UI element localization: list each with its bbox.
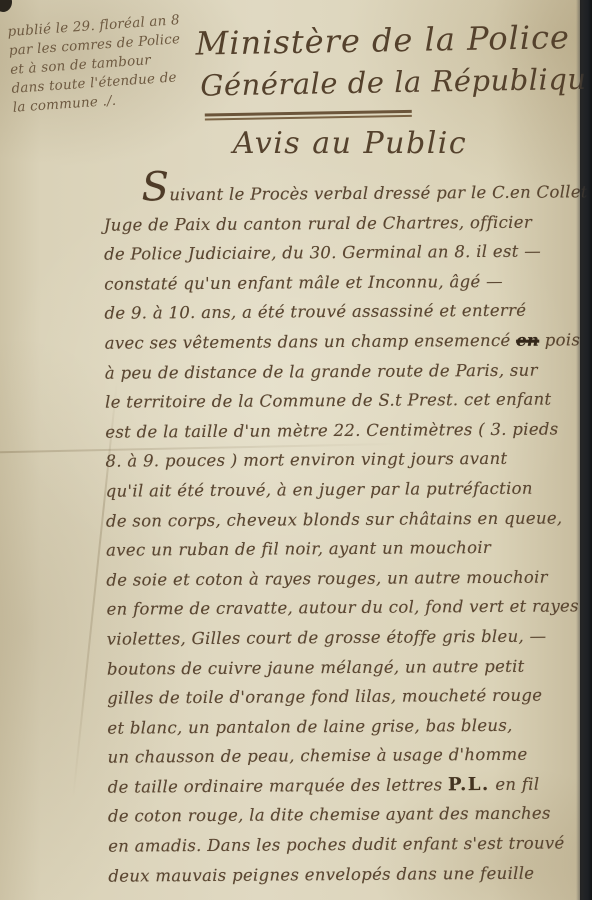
text-segment: en fil — [490, 775, 540, 794]
text-segment: constaté qu'un enfant mâle et Inconnu, â… — [104, 272, 503, 294]
text-segment: de Police Judiciaire, du 30. Germinal an… — [104, 242, 541, 264]
manuscript-line: deux mauvais peignes envelopés dans une … — [108, 858, 580, 891]
manuscript-line: à peu de distance de la grande route de … — [105, 355, 577, 388]
manuscript-line: en forme de cravatte, autour du col, fon… — [106, 592, 578, 625]
manuscript-line: de taille ordinaire marquée des lettres … — [108, 769, 580, 802]
text-segment: avec un ruban de fil noir, ayant un mouc… — [106, 538, 491, 560]
photo-background-edge — [576, 0, 592, 900]
manuscript-line: de son corps, cheveux blonds sur châtain… — [106, 503, 578, 536]
body-text: Suivant le Procès verbal dressé par le C… — [104, 174, 581, 891]
corner-stain — [0, 0, 12, 12]
manuscript-line: Juge de Paix du canton rural de Chartres… — [104, 207, 576, 240]
text-segment: deux mauvais peignes envelopés dans une … — [108, 863, 534, 885]
text-segment: et blanc, un pantalon de laine grise, ba… — [107, 716, 512, 738]
text-segment: de 9. à 10. ans, a été trouvé assassiné … — [104, 301, 526, 323]
text-segment: un chausson de peau, chemise à usage d'h… — [107, 745, 527, 767]
manuscript-line: gilles de toile d'orange fond lilas, mou… — [107, 680, 579, 713]
text-segment: en forme de cravatte, autour du col, fon… — [106, 597, 578, 619]
manuscript-line: le territoire de la Commune de S.t Prest… — [105, 385, 577, 418]
document-title: Avis au Public — [180, 126, 520, 161]
text-segment: Suivant le Procès verbal dressé par le C… — [142, 182, 588, 204]
text-segment: Juge de Paix du canton rural de Chartres… — [104, 212, 532, 234]
margin-annotation: publié le 29. floréal an 8par les comres… — [7, 9, 213, 118]
text-segment: 8. à 9. pouces ) mort environ vingt jour… — [105, 449, 507, 471]
text-segment: qu'il ait été trouvé, à en juger par la … — [106, 479, 533, 501]
manuscript-line: de 9. à 10. ans, a été trouvé assassiné … — [104, 296, 576, 329]
manuscript-line: et blanc, un pantalon de laine grise, ba… — [107, 710, 579, 743]
marked-initials: P.L. — [448, 774, 490, 795]
manuscript-line: de coton rouge, la dite chemise ayant de… — [108, 799, 580, 832]
text-segment: de coton rouge, la dite chemise ayant de… — [108, 804, 551, 826]
manuscript-line: avec ses vêtements dans un champ ensemen… — [105, 325, 577, 358]
manuscript-line: constaté qu'un enfant mâle et Inconnu, â… — [104, 266, 576, 299]
ministry-header: Ministère de la Police Générale de la Ré… — [195, 14, 592, 120]
text-segment: est de la taille d'un mètre 22. Centimèt… — [105, 419, 558, 441]
header-underline — [205, 110, 412, 121]
manuscript-line: Suivant le Procès verbal dressé par le C… — [104, 174, 576, 210]
text-segment: gilles de toile d'orange fond lilas, mou… — [107, 686, 542, 708]
ministry-header-line2: Générale de la République. — [200, 58, 592, 105]
manuscript-line: de soie et coton à rayes rouges, un autr… — [106, 562, 578, 595]
ministry-header-line1: Ministère de la Police — [195, 14, 592, 65]
text-segment: pois — [539, 330, 580, 349]
text-segment: violettes, Gilles court de grosse étoffe… — [107, 626, 547, 648]
manuscript-line: boutons de cuivre jaune mélangé, un autr… — [107, 651, 579, 684]
manuscript-line: avec un ruban de fil noir, ayant un mouc… — [106, 532, 578, 565]
manuscript-line: de Police Judiciaire, du 30. Germinal an… — [104, 237, 576, 270]
text-segment: de taille ordinaire marquée des lettres — [108, 775, 448, 796]
text-segment: en amadis. Dans les poches dudit enfant … — [108, 834, 564, 856]
manuscript-line: qu'il ait été trouvé, à en juger par la … — [106, 473, 578, 506]
text-segment: boutons de cuivre jaune mélangé, un autr… — [107, 656, 525, 678]
manuscript-line: en amadis. Dans les poches dudit enfant … — [108, 828, 580, 861]
manuscript-line: un chausson de peau, chemise à usage d'h… — [107, 740, 579, 773]
manuscript-line: 8. à 9. pouces ) mort environ vingt jour… — [105, 444, 577, 477]
text-segment: le territoire de la Commune de S.t Prest… — [105, 390, 551, 412]
document-photo: publié le 29. floréal an 8par les comres… — [0, 0, 592, 900]
manuscript-page: publié le 29. floréal an 8par les comres… — [0, 0, 580, 900]
text-segment: avec ses vêtements dans un champ ensemen… — [105, 331, 517, 353]
text-segment: à peu de distance de la grande route de … — [105, 360, 538, 382]
manuscript-line: est de la taille d'un mètre 22. Centimèt… — [105, 414, 577, 447]
text-segment: de soie et coton à rayes rouges, un autr… — [106, 567, 548, 589]
manuscript-line: violettes, Gilles court de grosse étoffe… — [107, 621, 579, 654]
text-segment: en — [516, 331, 539, 350]
text-segment: de son corps, cheveux blonds sur châtain… — [106, 508, 563, 530]
